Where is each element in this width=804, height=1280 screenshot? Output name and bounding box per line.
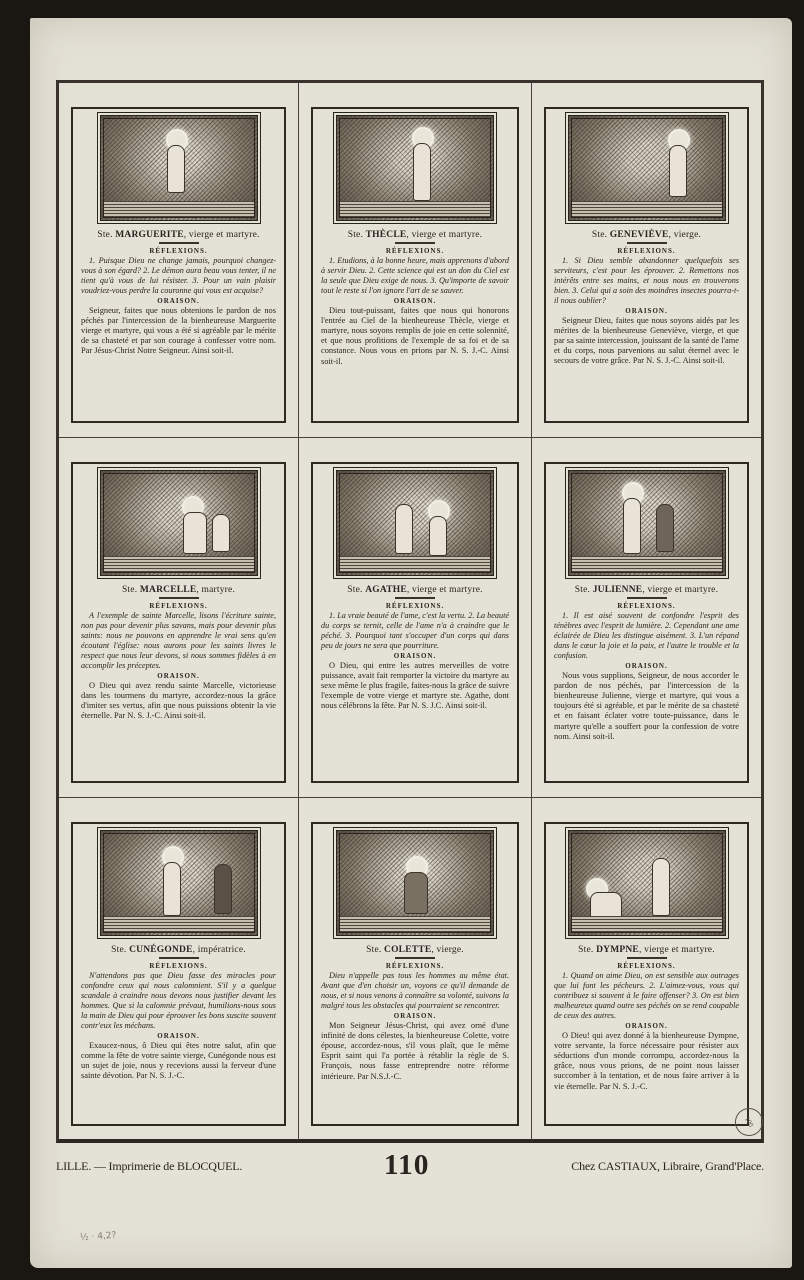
- saint-panel: Ste. JULIENNE, vierge et martyre. RÉFLEX…: [544, 462, 749, 783]
- companion-figure: [212, 514, 230, 552]
- saint-name: COLETTE: [384, 945, 431, 955]
- saint-epithet: , vierge.: [669, 230, 702, 240]
- oraison-heading: ORAISON.: [81, 1032, 276, 1040]
- ground-hatching: [340, 556, 490, 572]
- reflexions-heading: RÉFLEXIONS.: [321, 602, 509, 610]
- saints-grid: Ste. MARGUERITE, vierge et martyre. RÉFL…: [59, 83, 761, 1139]
- oraison-heading: ORAISON.: [554, 662, 739, 670]
- reflexions-text: N'attendons pas que Dieu fasse des mirac…: [81, 971, 276, 1031]
- oraison-text: O Dieu! qui avez donné à la bienheureuse…: [554, 1031, 739, 1092]
- saint-cell-genevieve: Ste. GENEVIÈVE, vierge. RÉFLEXIONS. 1. S…: [532, 83, 761, 438]
- saint-title: Ste. JULIENNE, vierge et martyre.: [554, 585, 739, 595]
- title-prefix: Ste.: [366, 945, 381, 955]
- executioner-figure: [395, 504, 413, 554]
- publisher-imprint: Chez CASTIAUX, Libraire, Grand'Place.: [571, 1159, 764, 1174]
- saint-figure: [429, 516, 447, 556]
- saint-title: Ste. COLETTE, vierge.: [321, 945, 509, 955]
- saint-panel: Ste. DYMPNE, vierge et martyre. RÉFLEXIO…: [544, 822, 749, 1126]
- oraison-heading: ORAISON.: [81, 672, 276, 680]
- reflexions-text: 1. Etudions, à la bonne heure, mais appr…: [321, 256, 509, 296]
- reflexions-text: A l'exemple de sainte Marcelle, lisons l…: [81, 611, 276, 671]
- reflexions-text: 1. Il est aisé souvent de confondre l'es…: [554, 611, 739, 661]
- title-prefix: Ste.: [111, 945, 126, 955]
- saint-figure: [183, 512, 207, 554]
- oraison-heading: ORAISON.: [321, 297, 509, 305]
- reflexions-heading: RÉFLEXIONS.: [81, 962, 276, 970]
- oraison-text: Exaucez-nous, ô Dieu qui êtes notre salu…: [81, 1041, 276, 1082]
- oraison-heading: ORAISON.: [554, 307, 739, 315]
- ground-hatching: [104, 916, 254, 932]
- demon-figure: [656, 504, 674, 552]
- print-frame: Ste. MARGUERITE, vierge et martyre. RÉFL…: [56, 80, 764, 1143]
- reflexions-text: Dieu n'appelle pas tous les hommes au mê…: [321, 971, 509, 1011]
- divider-rule: [627, 597, 667, 599]
- saint-panel: Ste. CUNÉGONDE, impératrice. RÉFLEXIONS.…: [71, 822, 286, 1126]
- reflexions-heading: RÉFLEXIONS.: [554, 962, 739, 970]
- divider-rule: [627, 242, 667, 244]
- title-prefix: Ste.: [347, 585, 362, 595]
- saint-panel: Ste. MARCELLE, martyre. RÉFLEXIONS. A l'…: [71, 462, 286, 783]
- reflexions-heading: RÉFLEXIONS.: [81, 602, 276, 610]
- saint-epithet: , martyre.: [196, 585, 235, 595]
- saint-cell-thecle: Ste. THÈCLE, vierge et martyre. RÉFLEXIO…: [299, 83, 532, 438]
- saint-title: Ste. MARGUERITE, vierge et martyre.: [81, 230, 276, 240]
- saint-cell-marguerite: Ste. MARGUERITE, vierge et martyre. RÉFL…: [59, 83, 299, 438]
- ground-hatching: [572, 916, 722, 932]
- saint-cell-marcelle: Ste. MARCELLE, martyre. RÉFLEXIONS. A l'…: [59, 438, 299, 798]
- saint-figure: [163, 862, 181, 916]
- saint-name: DYMPNE: [596, 945, 639, 955]
- saint-title: Ste. MARCELLE, martyre.: [81, 585, 276, 595]
- saint-panel: Ste. MARGUERITE, vierge et martyre. RÉFL…: [71, 107, 286, 423]
- engraving-image: [568, 470, 726, 576]
- divider-rule: [159, 957, 199, 959]
- reflexions-text: 1. Puisque Dieu ne change jamais, pourqu…: [81, 256, 276, 296]
- engraving-image: [100, 470, 258, 576]
- saint-title: Ste. AGATHE, vierge et martyre.: [321, 585, 509, 595]
- saint-panel: Ste. THÈCLE, vierge et martyre. RÉFLEXIO…: [311, 107, 519, 423]
- divider-rule: [395, 597, 435, 599]
- engraving-image: [336, 115, 494, 221]
- saint-epithet: , vierge et martyre.: [639, 945, 715, 955]
- page-number: 110: [384, 1150, 430, 1182]
- saint-epithet: , vierge et martyre.: [406, 230, 482, 240]
- ground-hatching: [104, 201, 254, 217]
- saint-epithet: , vierge.: [431, 945, 464, 955]
- reflexions-heading: RÉFLEXIONS.: [81, 247, 276, 255]
- saint-epithet: , impératrice.: [193, 945, 246, 955]
- saint-figure: [413, 143, 431, 201]
- saint-cell-julienne: Ste. JULIENNE, vierge et martyre. RÉFLEX…: [532, 438, 761, 798]
- divider-rule: [395, 242, 435, 244]
- saint-panel: Ste. GENEVIÈVE, vierge. RÉFLEXIONS. 1. S…: [544, 107, 749, 423]
- divider-rule: [159, 242, 199, 244]
- title-prefix: Ste.: [592, 230, 607, 240]
- engraving-image: [568, 830, 726, 936]
- reflexions-heading: RÉFLEXIONS.: [554, 247, 739, 255]
- ground-hatching: [340, 201, 490, 217]
- printer-imprint: LILLE. — Imprimerie de BLOCQUEL.: [56, 1159, 242, 1174]
- reflexions-heading: RÉFLEXIONS.: [554, 602, 739, 610]
- oraison-heading: ORAISON.: [321, 1012, 509, 1020]
- saint-epithet: , vierge et martyre.: [184, 230, 260, 240]
- saint-title: Ste. CUNÉGONDE, impératrice.: [81, 945, 276, 955]
- saint-name: AGATHE: [365, 585, 407, 595]
- reflexions-heading: RÉFLEXIONS.: [321, 962, 509, 970]
- oraison-text: O Dieu qui avez rendu sainte Marcelle, v…: [81, 681, 276, 722]
- saint-figure: [590, 892, 622, 918]
- saint-figure: [623, 498, 641, 554]
- saint-figure: [669, 145, 687, 197]
- oraison-heading: ORAISON.: [321, 652, 509, 660]
- saint-name: JULIENNE: [593, 585, 643, 595]
- saint-figure: [404, 872, 428, 914]
- saint-cell-cunegonde: Ste. CUNÉGONDE, impératrice. RÉFLEXIONS.…: [59, 798, 299, 1140]
- engraving-image: [568, 115, 726, 221]
- imprint-footer: LILLE. — Imprimerie de BLOCQUEL. 110 Che…: [56, 1150, 764, 1182]
- saint-figure: [167, 145, 185, 193]
- ground-hatching: [340, 916, 490, 932]
- saint-cell-dympne: Ste. DYMPNE, vierge et martyre. RÉFLEXIO…: [532, 798, 761, 1140]
- oraison-text: Mon Seigneur Jésus-Christ, qui avez orné…: [321, 1021, 509, 1082]
- saint-cell-colette: Ste. COLETTE, vierge. RÉFLEXIONS. Dieu n…: [299, 798, 532, 1140]
- divider-rule: [627, 957, 667, 959]
- oraison-text: O Dieu, qui entre les autres merveilles …: [321, 661, 509, 712]
- title-prefix: Ste.: [97, 230, 112, 240]
- oraison-text: Nous vous supplions, Seigneur, de nous a…: [554, 671, 739, 742]
- oraison-text: Dieu tout-puissant, faites que nous qui …: [321, 306, 509, 367]
- oraison-text: Seigneur, faites que nous obtenions le p…: [81, 306, 276, 357]
- oraison-heading: ORAISON.: [81, 297, 276, 305]
- reflexions-text: 1. Quand on aime Dieu, on est sensible a…: [554, 971, 739, 1021]
- saint-name: MARGUERITE: [115, 230, 184, 240]
- saint-epithet: , vierge et martyre.: [642, 585, 718, 595]
- title-prefix: Ste.: [348, 230, 363, 240]
- saint-title: Ste. DYMPNE, vierge et martyre.: [554, 945, 739, 955]
- reflexions-text: 1. Si Dieu semble abandonner quelquefois…: [554, 256, 739, 306]
- title-prefix: Ste.: [575, 585, 590, 595]
- saint-title: Ste. THÈCLE, vierge et martyre.: [321, 230, 509, 240]
- ground-hatching: [572, 201, 722, 217]
- engraving-image: [100, 115, 258, 221]
- saint-name: CUNÉGONDE: [129, 945, 193, 955]
- oraison-heading: ORAISON.: [554, 1022, 739, 1030]
- title-prefix: Ste.: [122, 585, 137, 595]
- saint-epithet: , vierge et martyre.: [407, 585, 483, 595]
- ground-hatching: [572, 556, 722, 572]
- ground-hatching: [104, 556, 254, 572]
- king-figure: [652, 858, 670, 916]
- saint-name: MARCELLE: [140, 585, 197, 595]
- oraison-text: Seigneur Dieu, faites que nous soyons ai…: [554, 316, 739, 367]
- title-prefix: Ste.: [578, 945, 593, 955]
- reflexions-heading: RÉFLEXIONS.: [321, 247, 509, 255]
- divider-rule: [159, 597, 199, 599]
- saint-panel: Ste. AGATHE, vierge et martyre. RÉFLEXIO…: [311, 462, 519, 783]
- reflexions-text: 1. La vraie beauté de l'ame, c'est la ve…: [321, 611, 509, 651]
- saint-name: THÈCLE: [366, 230, 407, 240]
- divider-rule: [395, 957, 435, 959]
- saint-name: GENEVIÈVE: [610, 230, 669, 240]
- engraving-image: [100, 830, 258, 936]
- engraving-image: [336, 470, 494, 576]
- saint-title: Ste. GENEVIÈVE, vierge.: [554, 230, 739, 240]
- accuser-figure: [214, 864, 232, 914]
- saint-panel: Ste. COLETTE, vierge. RÉFLEXIONS. Dieu n…: [311, 822, 519, 1126]
- engraving-image: [336, 830, 494, 936]
- saint-cell-agathe: Ste. AGATHE, vierge et martyre. RÉFLEXIO…: [299, 438, 532, 798]
